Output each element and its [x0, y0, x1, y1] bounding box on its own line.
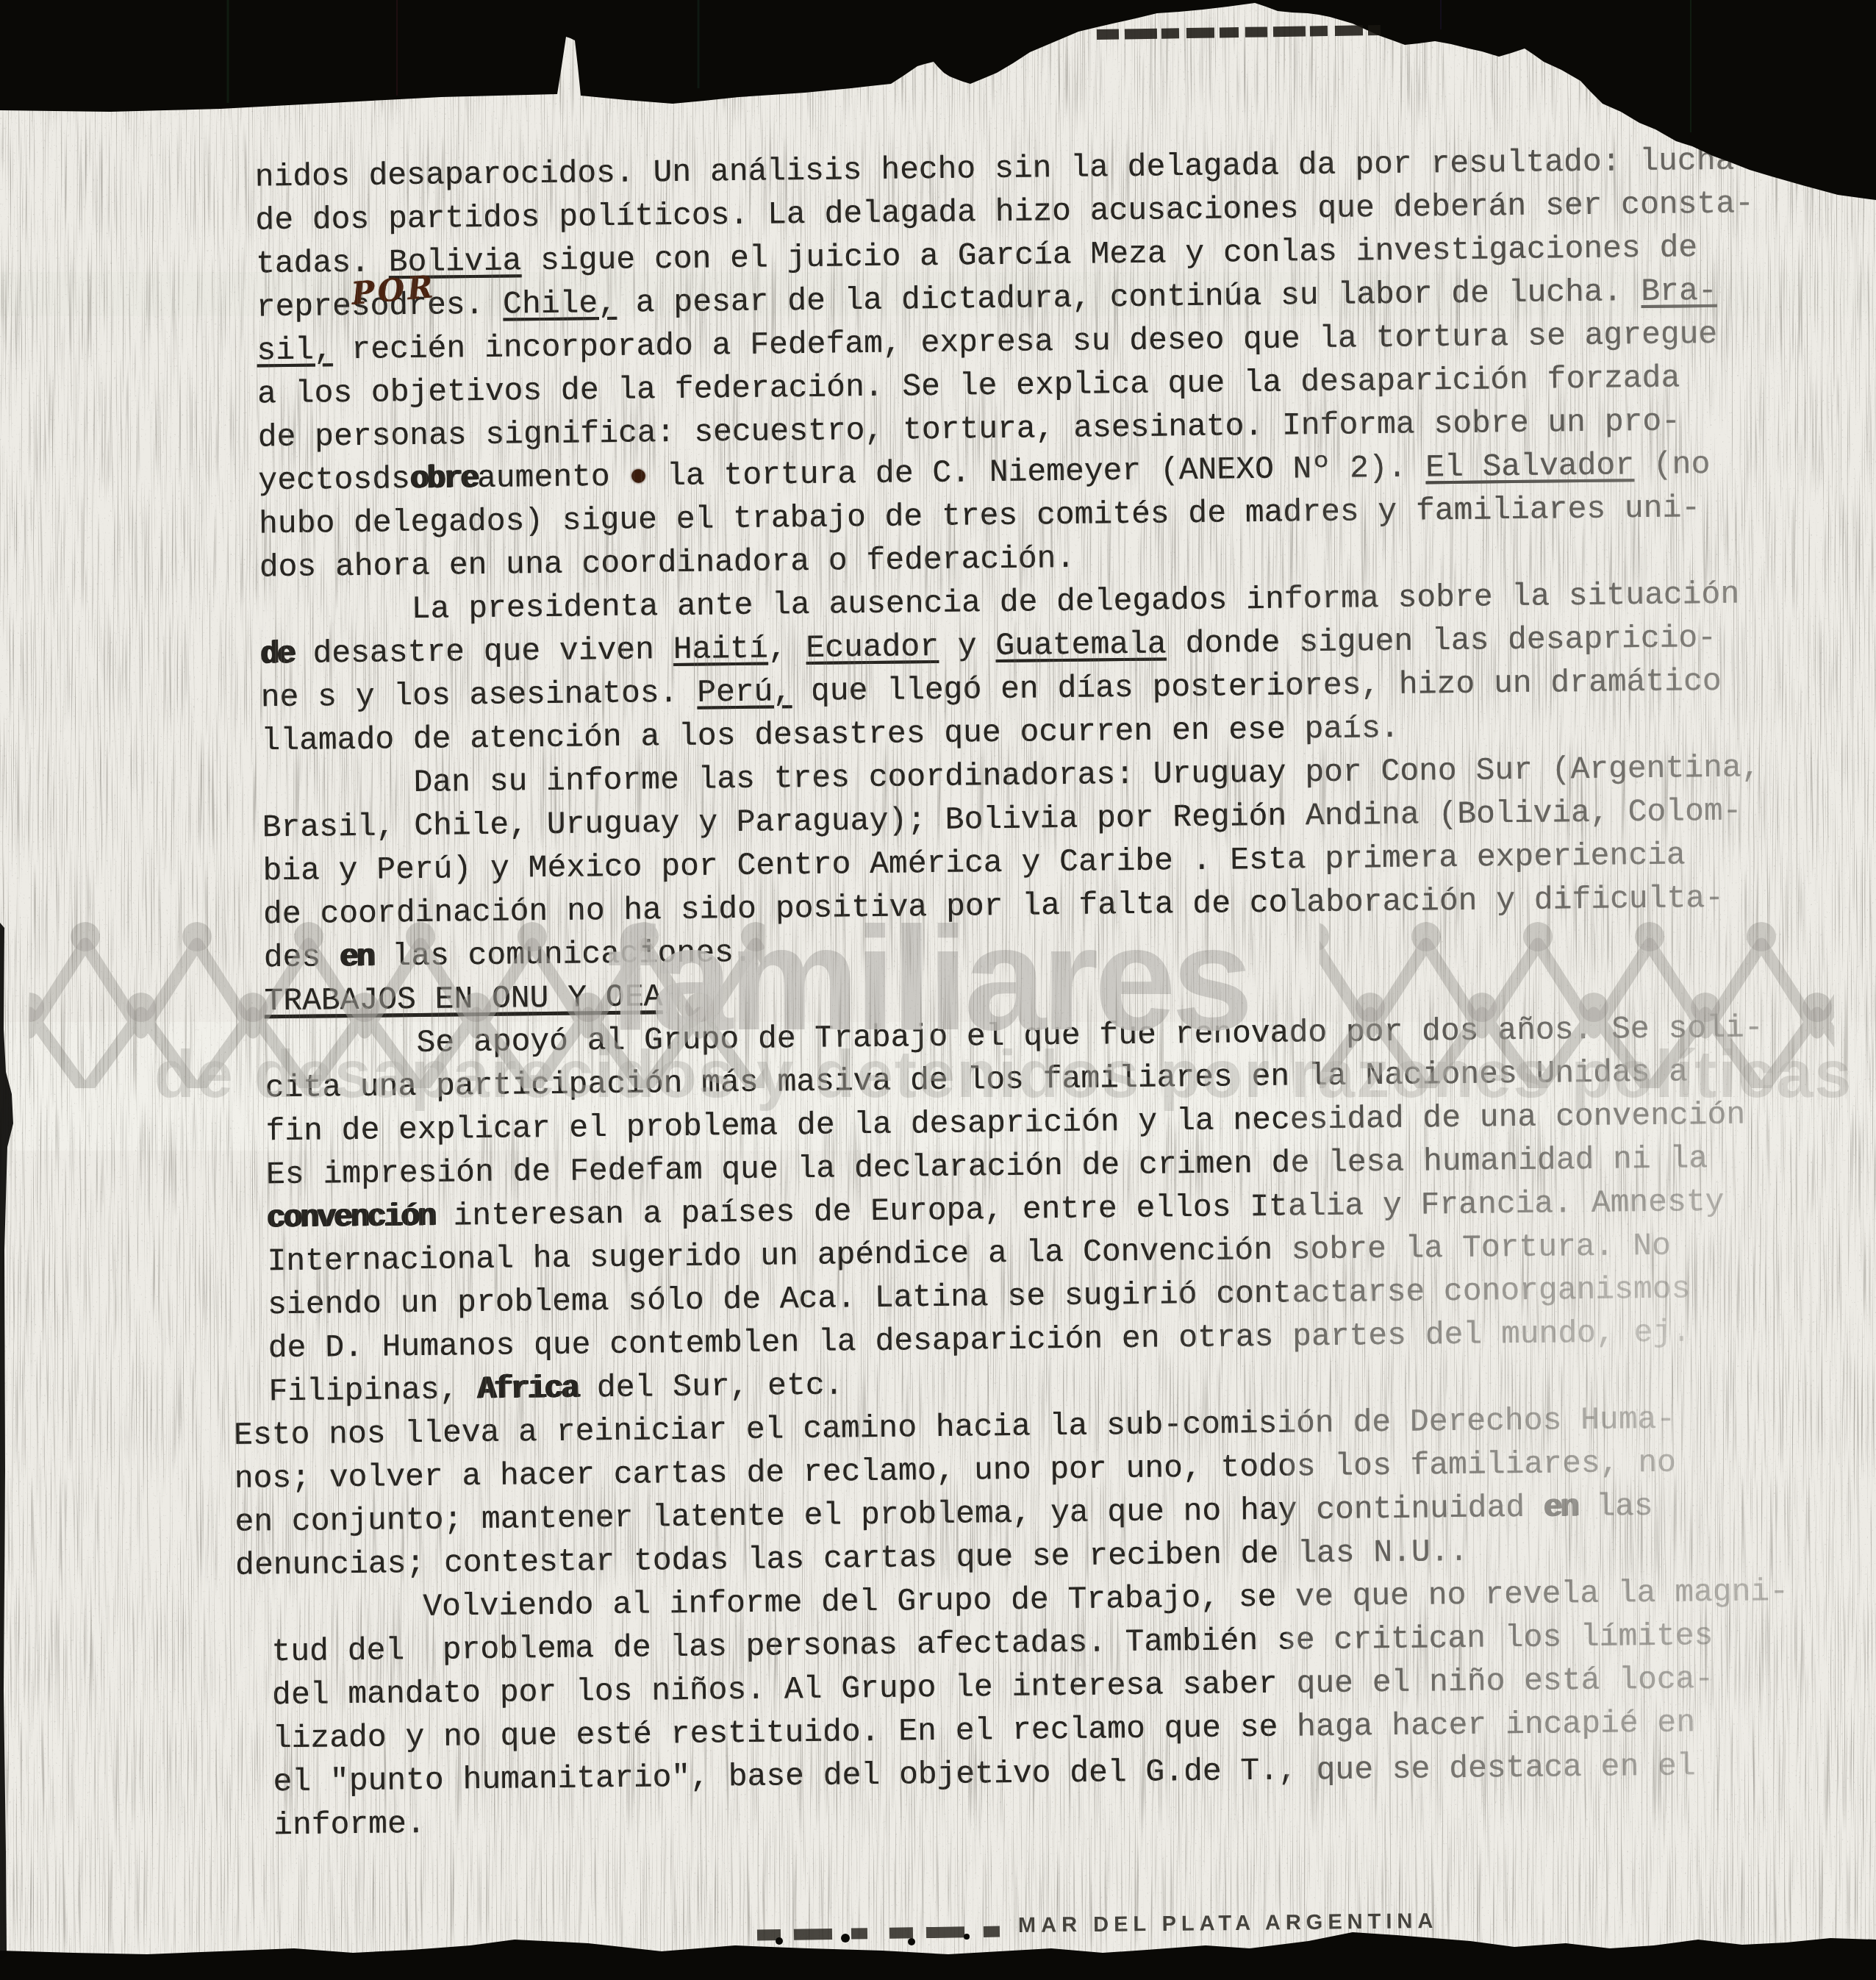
- text-segment: y: [939, 628, 996, 665]
- text-segment: obre: [410, 460, 478, 497]
- text-segment: aumento: [477, 459, 629, 496]
- text-segment: las: [1577, 1488, 1653, 1525]
- scanned-page: nidos desaparocidos. Un análisis hecho s…: [0, 0, 1876, 1980]
- text-segment: convención: [267, 1198, 435, 1237]
- handwritten-insert: POR: [350, 268, 437, 312]
- text-segment: que llegó en días posteriores, hizo un d…: [792, 663, 1722, 710]
- underlined-text: Guatemala: [995, 626, 1167, 664]
- ink-blot: ●: [629, 458, 648, 494]
- text-segment: en: [1544, 1489, 1578, 1526]
- text-segment: donde siguen las desapricio-: [1166, 620, 1716, 662]
- text-segment: yectosds: [258, 461, 410, 498]
- text-segment: ne s y los asesinatos.: [261, 675, 698, 716]
- text-segment: en: [340, 939, 373, 976]
- text-segment: las comunicaciones.: [373, 934, 753, 975]
- text-segment: del Sur, etc.: [578, 1367, 844, 1406]
- underlined-text: Haití: [673, 631, 769, 668]
- underlined-text: TRABAJOS EN ONU Y OEA: [264, 979, 674, 1019]
- text-segment: desastre que viven: [293, 632, 673, 672]
- underlined-text: Ecuador: [806, 629, 939, 666]
- underlined-text: sil,: [257, 332, 333, 368]
- underlined-text: El Salvador: [1425, 447, 1634, 485]
- underlined-text: Chile,: [503, 285, 617, 323]
- typed-text: nidos desaparocidos. Un análisis hecho s…: [254, 137, 1832, 1847]
- letterhead-imprint: MAR DEL PLATA ARGENTINA: [1018, 1909, 1439, 1938]
- text-segment: dos ahora en una coordinadora o federaci…: [259, 540, 1075, 586]
- text-segment: a pesar de la dictadura, continúa su lab…: [617, 274, 1641, 321]
- text-segment: (no: [1634, 446, 1711, 483]
- underlined-text: Bra-: [1641, 273, 1717, 310]
- underlined-text: Perú,: [697, 673, 792, 710]
- text-segment: des: [264, 939, 340, 976]
- text-segment: la tortura de C. Niemeyer (ANEXO Nº 2).: [648, 449, 1425, 494]
- text-segment: de: [260, 636, 294, 673]
- text-segment: Africa: [477, 1370, 578, 1408]
- text-segment: informe.: [273, 1806, 426, 1843]
- text-segment: Filipinas,: [268, 1371, 477, 1409]
- text-segment: ,: [768, 630, 806, 667]
